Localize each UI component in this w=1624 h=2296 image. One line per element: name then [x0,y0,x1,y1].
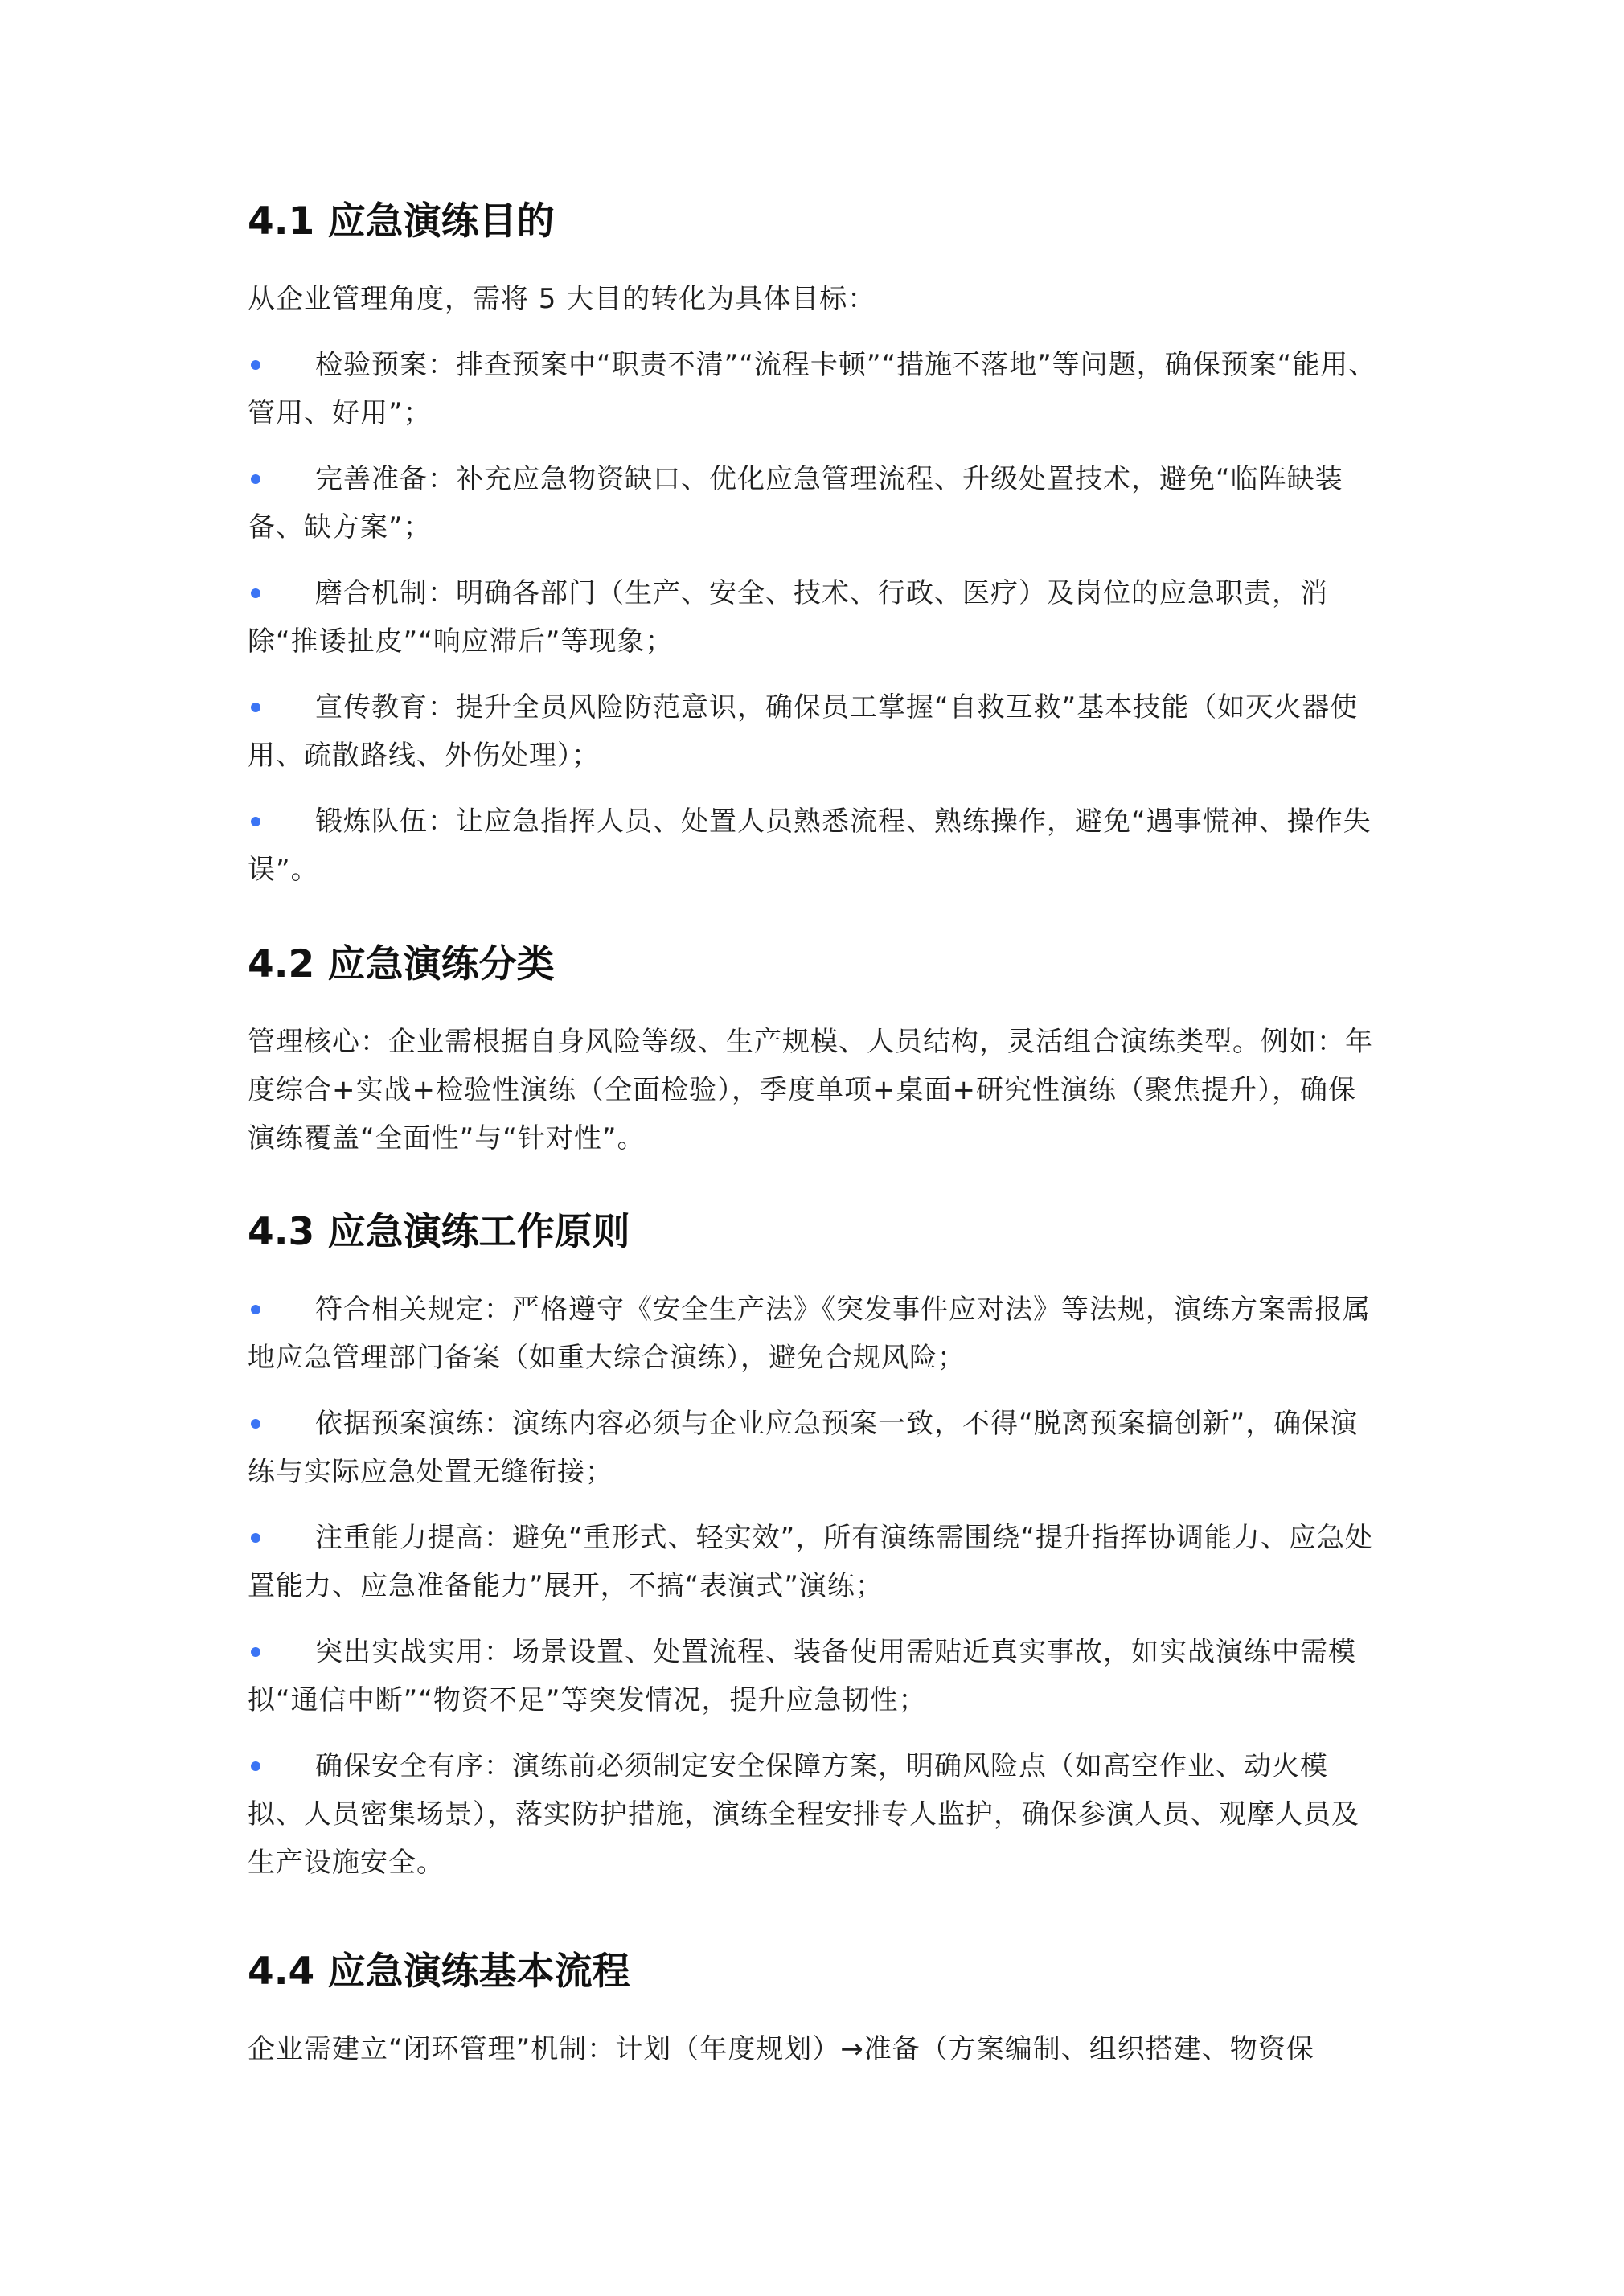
section-intro: 从企业管理角度，需将 5 大目的转化为具体目标： [248,275,1383,323]
bullet-dot-icon [251,1761,260,1771]
list-item-text: 确保安全有序：演练前必须制定安全保障方案，明确风险点（如高空作业、动火模拟、人员… [248,1750,1359,1879]
bullet-dot-icon [251,474,260,484]
section-paragraph: 企业需建立“闭环管理”机制：计划（年度规划）→准备（方案编制、组织搭建、物资保 [248,2025,1383,2073]
bullet-dot-icon [251,360,260,370]
bullet-dot-icon [251,817,260,826]
bullet-dot-icon [251,588,260,598]
bullet-dot-icon [251,1533,260,1543]
bullet-dot-icon [251,1647,260,1657]
bullet-dot-icon [251,1305,260,1314]
section-heading: 4.3 应急演练工作原则 [248,1208,1383,1257]
list-item: 符合相关规定：严格遵守《安全生产法》《突发事件应对法》等法规，演练方案需报属地应… [248,1285,1383,1382]
list-item: 注重能力提高：避免“重形式、轻实效”，所有演练需围绕“提升指挥协调能力、应急处置… [248,1514,1383,1610]
list-item: 锻炼队伍：让应急指挥人员、处置人员熟悉流程、熟练操作，避免“遇事慌神、操作失误”… [248,797,1383,894]
list-item-text: 磨合机制：明确各部门（生产、安全、技术、行政、医疗）及岗位的应急职责，消除“推诿… [248,577,1328,658]
section-heading: 4.1 应急演练目的 [248,198,1383,246]
list-item-text: 注重能力提高：避免“重形式、轻实效”，所有演练需围绕“提升指挥协调能力、应急处置… [248,1522,1373,1602]
section-4-3: 4.3 应急演练工作原则 符合相关规定：严格遵守《安全生产法》《突发事件应对法》… [248,1208,1383,1904]
bullet-dot-icon [251,703,260,712]
list-item: 确保安全有序：演练前必须制定安全保障方案，明确风险点（如高空作业、动火模拟、人员… [248,1742,1383,1887]
bullet-dot-icon [251,1419,260,1429]
list-item-text: 依据预案演练：演练内容必须与企业应急预案一致，不得“脱离预案搞创新”，确保演练与… [248,1408,1358,1488]
list-item-text: 锻炼队伍：让应急指挥人员、处置人员熟悉流程、熟练操作，避免“遇事慌神、操作失误”… [248,806,1372,886]
list-item: 突出实战实用：场景设置、处置流程、装备使用需贴近真实事故，如实战演练中需模拟“通… [248,1628,1383,1724]
list-item: 磨合机制：明确各部门（生产、安全、技术、行政、医疗）及岗位的应急职责，消除“推诿… [248,569,1383,666]
list-item-text: 突出实战实用：场景设置、处置流程、装备使用需贴近真实事故，如实战演练中需模拟“通… [248,1636,1356,1716]
section-heading: 4.4 应急演练基本流程 [248,1948,1383,1996]
section-4-4: 4.4 应急演练基本流程 企业需建立“闭环管理”机制：计划（年度规划）→准备（方… [248,1948,1383,2073]
list-item-text: 符合相关规定：严格遵守《安全生产法》《突发事件应对法》等法规，演练方案需报属地应… [248,1294,1371,1374]
list-item-text: 完善准备：补充应急物资缺口、优化应急管理流程、升级处置技术，避免“临阵缺装备、缺… [248,463,1343,543]
objectives-list: 检验预案：排查预案中“职责不清”“流程卡顿”“措施不落地”等问题，确保预案“能用… [248,341,1383,894]
list-item: 检验预案：排查预案中“职责不清”“流程卡顿”“措施不落地”等问题，确保预案“能用… [248,341,1383,437]
principles-list: 符合相关规定：严格遵守《安全生产法》《突发事件应对法》等法规，演练方案需报属地应… [248,1285,1383,1887]
section-paragraph: 管理核心：企业需根据自身风险等级、生产规模、人员结构，灵活组合演练类型。例如：年… [248,1018,1383,1162]
list-item: 完善准备：补充应急物资缺口、优化应急管理流程、升级处置技术，避免“临阵缺装备、缺… [248,455,1383,551]
list-item-text: 宣传教育：提升全员风险防范意识，确保员工掌握“自救互救”基本技能（如灭火器使用、… [248,691,1358,772]
list-item: 依据预案演练：演练内容必须与企业应急预案一致，不得“脱离预案搞创新”，确保演练与… [248,1400,1383,1496]
section-4-1: 4.1 应急演练目的 从企业管理角度，需将 5 大目的转化为具体目标： 检验预案… [248,198,1383,912]
list-item: 宣传教育：提升全员风险防范意识，确保员工掌握“自救互救”基本技能（如灭火器使用、… [248,683,1383,780]
section-heading: 4.2 应急演练分类 [248,941,1383,989]
section-4-2: 4.2 应急演练分类 管理核心：企业需根据自身风险等级、生产规模、人员结构，灵活… [248,941,1383,1162]
list-item-text: 检验预案：排查预案中“职责不清”“流程卡顿”“措施不落地”等问题，确保预案“能用… [248,349,1376,429]
